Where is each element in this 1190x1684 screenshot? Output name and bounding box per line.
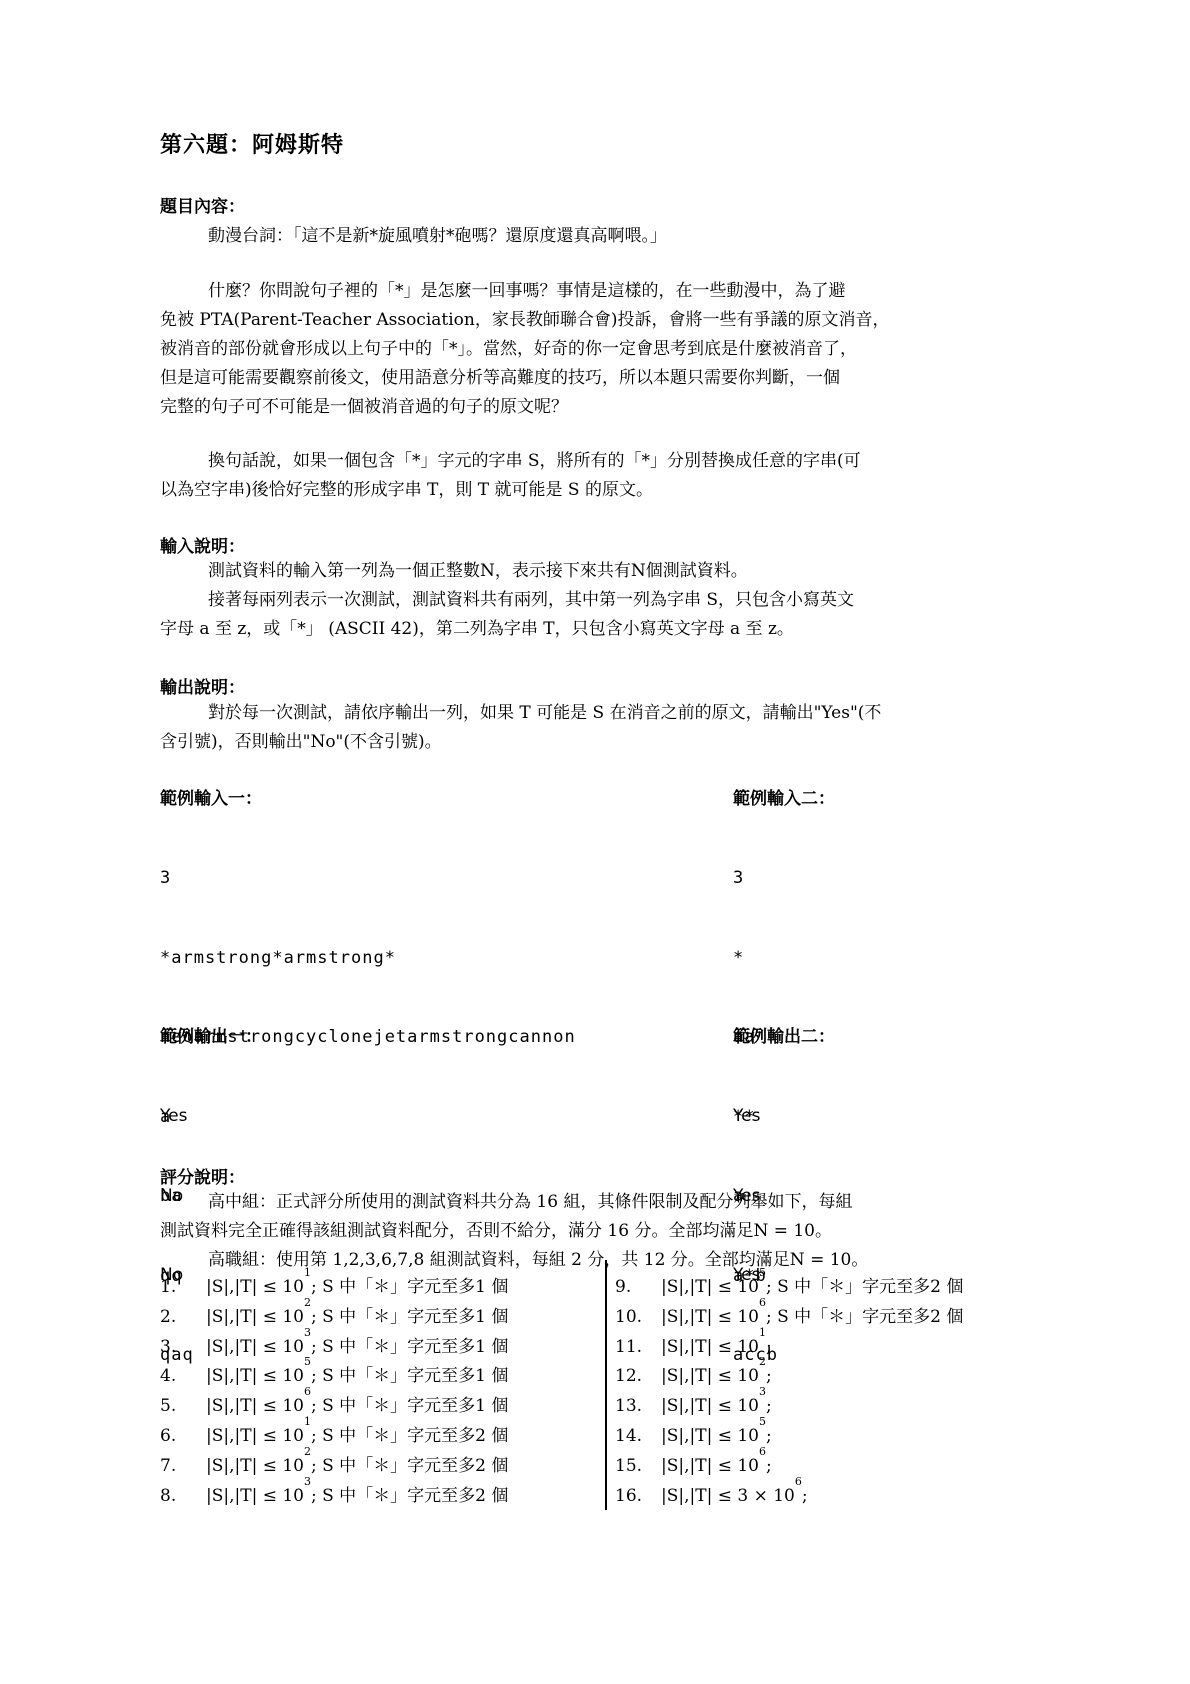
subtask-row: 10.|S|,|T| ≤ 106; S 中「＊」字元至多2 個	[615, 1303, 963, 1333]
subtask-row: 14.|S|,|T| ≤ 105;	[615, 1422, 963, 1452]
paragraph-1: 什麼？你問說句子裡的「*」是怎麼一回事嗎？事情是這樣的，在一些動漫中，為了避 免…	[160, 277, 1040, 422]
sample-input-line: 3	[160, 865, 576, 892]
subtask-row: 2.|S|,|T| ≤ 102; S 中「＊」字元至多1 個	[160, 1303, 508, 1333]
paragraph-2: 換句話說，如果一個包含「*」字元的字串 S，將所有的「*」分別替換成任意的字串(…	[160, 447, 1040, 505]
scoring-line: 測試資料完全正確得該組測試資料配分，否則不給分，滿分 16 分。全部均滿足N =…	[160, 1217, 1040, 1246]
para1-line: 免被 PTA(Parent-Teacher Association，家長教師聯合…	[160, 306, 1040, 335]
subtask-row: 12.|S|,|T| ≤ 102;	[615, 1362, 963, 1392]
input-heading: 輸入說明：	[160, 532, 245, 557]
output-description: 對於每一次測試，請依序輸出一列，如果 T 可能是 S 在消音之前的原文，請輸出"…	[160, 699, 1040, 757]
subtask-row: 7.|S|,|T| ≤ 102; S 中「＊」字元至多2 個	[160, 1452, 508, 1482]
subtask-row: 16.|S|,|T| ≤ 3 × 106;	[615, 1482, 963, 1512]
subtask-row: 13.|S|,|T| ≤ 103;	[615, 1392, 963, 1422]
subtask-row: 11.|S|,|T| ≤ 101;	[615, 1333, 963, 1363]
sample-input-line: 3	[733, 865, 835, 892]
output-heading: 輸出說明：	[160, 673, 245, 698]
para2-line: 以為空字串)後恰好完整的形成字串 T，則 T 就可能是 S 的原文。	[160, 476, 1040, 505]
para1-line: 被消音的部份就會形成以上句子中的「*」。當然，好奇的你一定會思考到底是什麼被消音…	[160, 335, 1040, 364]
subtask-row: 15.|S|,|T| ≤ 106;	[615, 1452, 963, 1482]
para1-line: 完整的句子可不可能是一個被消音過的句子的原文呢？	[160, 393, 1040, 422]
para2-line: 換句話說，如果一個包含「*」字元的字串 S，將所有的「*」分別替換成任意的字串(…	[160, 447, 1040, 476]
input-line: 字母 a 至 z，或「*」 (ASCII 42)，第二列為字串 T，只包含小寫英…	[160, 615, 1040, 644]
subtask-row: 8.|S|,|T| ≤ 103; S 中「＊」字元至多2 個	[160, 1482, 508, 1512]
subtask-list-right: 9.|S|,|T| ≤ 105; S 中「＊」字元至多2 個 10.|S|,|T…	[615, 1273, 963, 1511]
column-divider	[605, 1260, 607, 1510]
scoring-line: 高中組：正式評分所使用的測試資料共分為 16 組，其條件限制及配分列舉如下，每組	[160, 1188, 1040, 1217]
quote-line: 動漫台詞：「這不是新*旋風噴射*砲嗎？還原度還真高啊喂。」	[160, 222, 1040, 251]
sample-input-line: *	[733, 945, 835, 972]
sample-output-line: Yes	[160, 1103, 262, 1130]
para1-line: 但是這可能需要觀察前後文，使用語意分析等高難度的技巧，所以本題只需要你判斷，一個	[160, 364, 1040, 393]
input-description: 測試資料的輸入第一列為一個正整數N，表示接下來共有N個測試資料。 接著每兩列表示…	[160, 557, 1040, 644]
subtask-row: 4.|S|,|T| ≤ 105; S 中「＊」字元至多1 個	[160, 1362, 508, 1392]
subtask-list-left: 1.|S|,|T| ≤ 101; S 中「＊」字元至多1 個 2.|S|,|T|…	[160, 1273, 508, 1511]
input-line: 測試資料的輸入第一列為一個正整數N，表示接下來共有N個測試資料。	[160, 557, 1040, 586]
sample-input-1-heading: 範例輸入一：	[160, 786, 576, 812]
subtask-row: 1.|S|,|T| ≤ 101; S 中「＊」字元至多1 個	[160, 1273, 508, 1303]
problem-title: 第六題：阿姆斯特	[160, 128, 344, 159]
subtask-row: 3.|S|,|T| ≤ 103; S 中「＊」字元至多1 個	[160, 1333, 508, 1363]
sample-output-2-heading: 範例輸出二：	[733, 1024, 835, 1050]
input-line: 接著每兩列表示一次測試，測試資料共有兩列，其中第一列為字串 S，只包含小寫英文	[160, 586, 1040, 615]
subtask-row: 9.|S|,|T| ≤ 105; S 中「＊」字元至多2 個	[615, 1273, 963, 1303]
sample-output-1-heading: 範例輸出一：	[160, 1024, 262, 1050]
subtask-row: 6.|S|,|T| ≤ 101; S 中「＊」字元至多2 個	[160, 1422, 508, 1452]
content-heading: 題目內容：	[160, 192, 245, 217]
sample-output-line: Yes	[733, 1103, 835, 1130]
output-line: 含引號)，否則輸出"No"(不含引號)。	[160, 728, 1040, 757]
scoring-heading: 評分說明：	[160, 1163, 245, 1188]
para1-line: 什麼？你問說句子裡的「*」是怎麼一回事嗎？事情是這樣的，在一些動漫中，為了避	[160, 277, 1040, 306]
document-page: 第六題：阿姆斯特 題目內容： 動漫台詞：「這不是新*旋風噴射*砲嗎？還原度還真高…	[0, 0, 1190, 1684]
sample-input-line: *armstrong*armstrong*	[160, 945, 576, 972]
subtask-row: 5.|S|,|T| ≤ 106; S 中「＊」字元至多1 個	[160, 1392, 508, 1422]
scoring-line: 高職組：使用第 1,2,3,6,7,8 組測試資料，每組 2 分，共 12 分。…	[160, 1246, 1040, 1275]
output-line: 對於每一次測試，請依序輸出一列，如果 T 可能是 S 在消音之前的原文，請輸出"…	[160, 699, 1040, 728]
scoring-description: 高中組：正式評分所使用的測試資料共分為 16 組，其條件限制及配分列舉如下，每組…	[160, 1188, 1040, 1275]
sample-input-2-heading: 範例輸入二：	[733, 786, 835, 812]
